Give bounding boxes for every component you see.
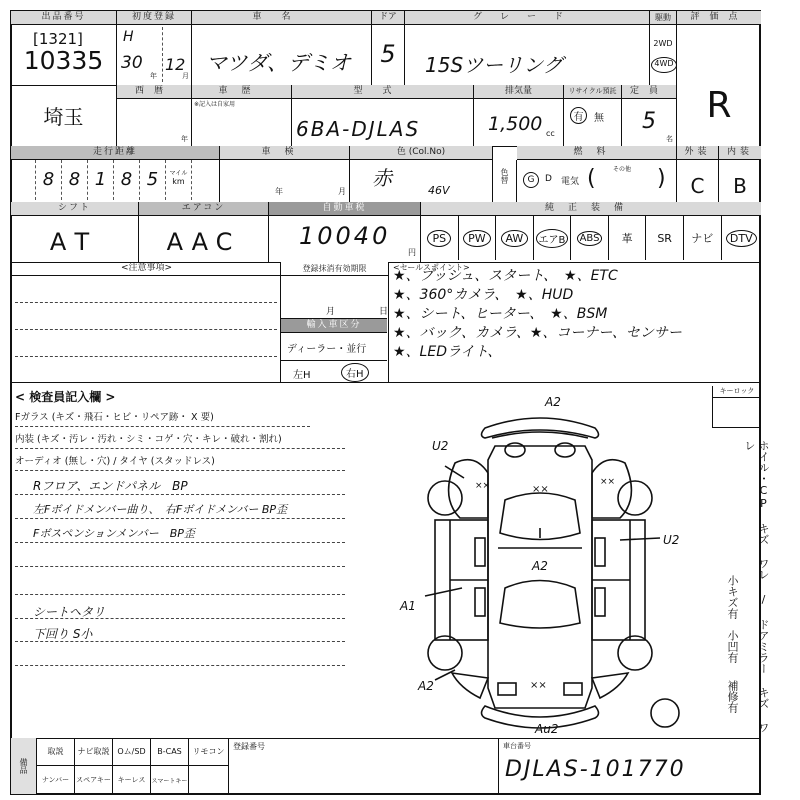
tax-label: 自動車税 [269,202,420,216]
tax-cell: 自動車税 10040 円 [269,202,421,262]
month-unit: 月 [182,71,189,81]
equipment-cell: 純正装備 PS PW AW エアB ABS 革 SR ナビ DTV [421,202,761,262]
capacity-label: 定員 [622,85,676,99]
small-dent-note: 小凹有 [725,630,739,663]
inspection-label: 車検 [220,146,349,160]
chassis-cell: 車台番号 DJLAS-101770 [499,738,761,794]
lot-label: 出品番号 [11,11,116,25]
equipment-ps[interactable]: PS [421,216,459,260]
item-number-plate[interactable]: ナンバー [37,766,75,794]
mileage-cell: 走行距離 8 8 1 8 5 マイル km [11,146,220,202]
sales-point-line: ★、バック、カメラ、★、コーナー、センサー [389,324,761,343]
item-navi-manual[interactable]: ナビ取説 [75,738,113,766]
key-lock-cell: キーロック [712,386,761,428]
sales-point-line: ★、シート、ヒーター、 ★、BSM [389,305,761,324]
drive-cell: 駆動 2WD 4WD [650,11,677,85]
displacement-unit: cc [546,129,555,138]
reg-number-label: 登録番号 [229,738,498,752]
recycle-yes[interactable]: 有 [570,107,587,124]
era: H [123,29,134,45]
model-year-label: 西暦 [117,85,191,99]
damage-mark: U2 [432,439,448,453]
import-label: 輸入車区分 [281,318,387,333]
items-cell: 備品 取説 ナビ取説 Oム/SD B-CAS リモコン ナンバー スペアキー キ… [11,738,229,794]
key-lock-label: キーロック [713,386,761,398]
checklist-interior: 内装 (キズ・汚レ・汚れ・シミ・コゲ・穴・キレ・破れ・割れ) [11,427,346,445]
inspector-note: 下回り S小 [11,619,346,639]
inspection-month-unit: 月 [338,186,346,197]
item-remote[interactable]: リモコン [189,738,229,766]
doors-cell: ドア 5 [372,11,405,85]
equipment-aw[interactable]: AW [496,216,534,260]
exterior-grade: C [677,174,718,198]
displacement: 1,500 [488,113,542,135]
damage-mark: A2 [417,679,434,693]
exterior-cell: 外装 C [677,146,719,202]
fuel-option-electric[interactable]: 電気 [561,174,579,187]
year-unit: 年 [150,71,157,81]
history-label: 車歴 [192,85,291,99]
model-year-unit: 年 [181,134,188,144]
inspector-label: < 検査員記入欄 > [11,382,346,405]
chassis-number: DJLAS-101770 [499,751,761,782]
item-smart-key[interactable]: スマートキー [151,766,189,794]
recycle-no[interactable]: 無 [594,109,604,124]
mileage-digit: 5 [139,160,165,200]
sales-point-line: ★、360°カメラ、 ★、HUD [389,286,761,305]
fuel-label: 燃料 [517,146,676,160]
small-scratch-note: 小キズ有 [725,575,739,619]
color-no: 46V [428,184,450,197]
steering-right[interactable]: 右H [341,363,369,382]
capacity-unit: 名 [666,134,673,144]
sales-point-line: ★、LEDライト、 [389,343,761,362]
score-cell: 評価点 R [677,11,761,146]
sales-points-cell: <セールスポイント> ★、プッシュ、スタート、 ★、ETC ★、360°カメラ、… [389,262,761,382]
ac: AAC [139,228,268,256]
inspection-cell: 車検 年 月 [220,146,350,202]
doors-label: ドア [372,11,404,25]
item-manual[interactable]: 取説 [37,738,75,766]
damage-mark: U2 [663,533,679,547]
mileage-digit: 8 [113,160,139,200]
caution-label: <注意事項> [11,262,280,276]
capacity-cell: 定員 5 名 [622,85,677,146]
ac-cell: エアコン AAC [139,202,269,262]
ac-label: エアコン [139,202,268,216]
registration-cell: 登録抹消有効期限 月 日 輸入車区分 ディーラー・並行 左H 右H [281,262,389,382]
mileage-digit: 8 [61,160,87,200]
drive-label: 駆動 [650,11,676,25]
interior-label: 内装 [719,146,761,160]
wheel-mirror-note: ホイル・CP キズ ワレ / ドアミラー キズ ワレ [742,440,770,740]
model-year-cell: 西暦 年 [117,85,192,146]
recycle-label: リサイクル預託 [564,85,621,99]
reg-expiry-label: 登録抹消有効期限 [281,262,388,276]
items-label: 備品 [11,738,37,794]
equipment-dtv[interactable]: DTV [722,216,762,260]
inspector-note: Rフロア、エンドパネル BP [11,471,346,493]
tax: 10040 [299,222,390,250]
exterior-label: 外装 [677,146,718,160]
damage-mark: Au2 [534,722,558,736]
score: R [677,85,761,126]
mileage-digit: 1 [87,160,113,200]
color: 赤 [372,162,392,191]
caution-cell: <注意事項> [11,262,281,382]
car-name-cell: 車名 マツダ、デミオ [192,11,372,85]
car-name: マツダ、デミオ [192,47,371,77]
checklist-windshield: Fガラス (キズ・飛石・ヒビ・リペア跡・ X 要) [11,405,346,423]
doors: 5 [372,40,404,68]
inspector-section: < 検査員記入欄 > Fガラス (キズ・飛石・ヒビ・リペア跡・ X 要) 内装 … [11,382,346,737]
reg-day: 日 [379,304,388,317]
svg-text:××: ×× [532,484,549,495]
damage-mark: A2 [531,559,548,573]
damage-mark: A2 [544,395,561,409]
item-empty [189,766,229,794]
car-damage-diagram: A2 U2 U2 A2 A1 A2 Au2 ×× ×× ×× ×× [380,388,710,738]
shift-cell: シフト AT [11,202,139,262]
fuel-other-label: その他 [613,164,631,173]
mileage-unit-mile: マイル [166,168,191,177]
equipment-pw[interactable]: PW [459,216,497,260]
inspector-note: シートヘタリ [11,595,346,617]
equipment-abs[interactable]: ABS [571,216,609,260]
drive-option-2wd[interactable]: 2WD [650,39,676,48]
item-bcas[interactable]: B-CAS [151,738,189,766]
shift: AT [11,228,138,256]
svg-text:××: ×× [475,481,490,491]
inspection-year-unit: 年 [275,186,283,197]
svg-text:××: ×× [600,477,615,487]
item-spare-key[interactable]: スペアキー [75,766,113,794]
item-om-sd[interactable]: Oム/SD [113,738,151,766]
chassis-label: 車台番号 [499,738,761,751]
interior-cell: 内装 B [719,146,761,202]
year: 30 [121,53,143,73]
equipment-airbag[interactable]: エアB [534,216,572,260]
equipment-sr[interactable]: SR [646,216,684,260]
equipment-label: 純正装備 [421,202,761,216]
repaired-note: 補修有 [725,680,739,713]
type: 6BA-DJLAS [292,117,473,141]
steering-left[interactable]: 左H [293,366,311,381]
sales-point-line: ★、プッシュ、スタート、 ★、ETC [389,267,761,286]
grade: 15Sツーリング [405,49,649,78]
inspector-note: 左Fボイドメンバー曲り、 右Fボイドメンバー BP歪 [11,495,346,517]
type-label: 型式 [292,85,473,99]
color-change-cell: 色替 [493,160,517,202]
grade-cell: グレード 15Sツーリング [405,11,650,85]
first-registration-cell: 初度登録 H 30 年 12 月 [117,11,192,85]
recycle-cell: リサイクル預託 有 無 [564,85,622,146]
mileage-label: 走行距離 [11,146,219,160]
capacity: 5 [642,109,656,134]
mileage-digit: 8 [35,160,61,200]
grade-label: グレード [405,11,649,25]
drive-option-4wd[interactable]: 4WD [651,57,677,73]
first-reg-label: 初度登録 [117,11,191,25]
inspector-note: Fボスペンションメンバー BP歪 [11,519,346,541]
equipment-navi[interactable]: ナビ [684,216,722,260]
displacement-cell: 排気量 1,500 cc [474,85,564,146]
displacement-label: 排気量 [474,85,563,99]
reg-number-cell: 登録番号 [229,738,499,794]
mileage-unit-km: km [166,177,191,186]
shift-label: シフト [11,202,138,216]
lot-cell: 出品番号 [1321] 10335 [11,11,117,85]
dealer-parallel[interactable]: ディーラー・並行 [287,340,366,355]
score-label: 評価点 [677,11,761,25]
reg-month: 月 [326,304,335,317]
color-cell: 色 (Col.No) 赤 46V [350,146,493,202]
damage-mark: A1 [399,599,416,613]
checklist-audio-tire: オーディオ (無し・穴) / タイヤ (スタッドレス) [11,449,346,467]
history-note: ※記入は自家用 [192,99,291,108]
fuel-option-g[interactable]: G [523,172,539,188]
color-label: 色 (Col.No) [350,146,492,160]
fuel-option-d[interactable]: D [545,174,552,184]
tax-unit: 円 [408,247,416,258]
svg-text:××: ×× [530,680,547,691]
interior-grade: B [719,174,761,198]
type-cell: 型式 6BA-DJLAS [292,85,474,146]
region: 埼玉 [11,85,117,146]
color-change-label: 色替 [499,168,510,184]
fuel-cell: 燃料 G D 電気 ( その他 ) [517,146,677,202]
item-keyless[interactable]: キーレス [113,766,151,794]
history-cell: 車歴 ※記入は自家用 [192,85,292,146]
equipment-leather[interactable]: 革 [609,216,647,260]
lot-number: 10335 [11,46,116,75]
car-name-label: 車名 [192,11,371,25]
